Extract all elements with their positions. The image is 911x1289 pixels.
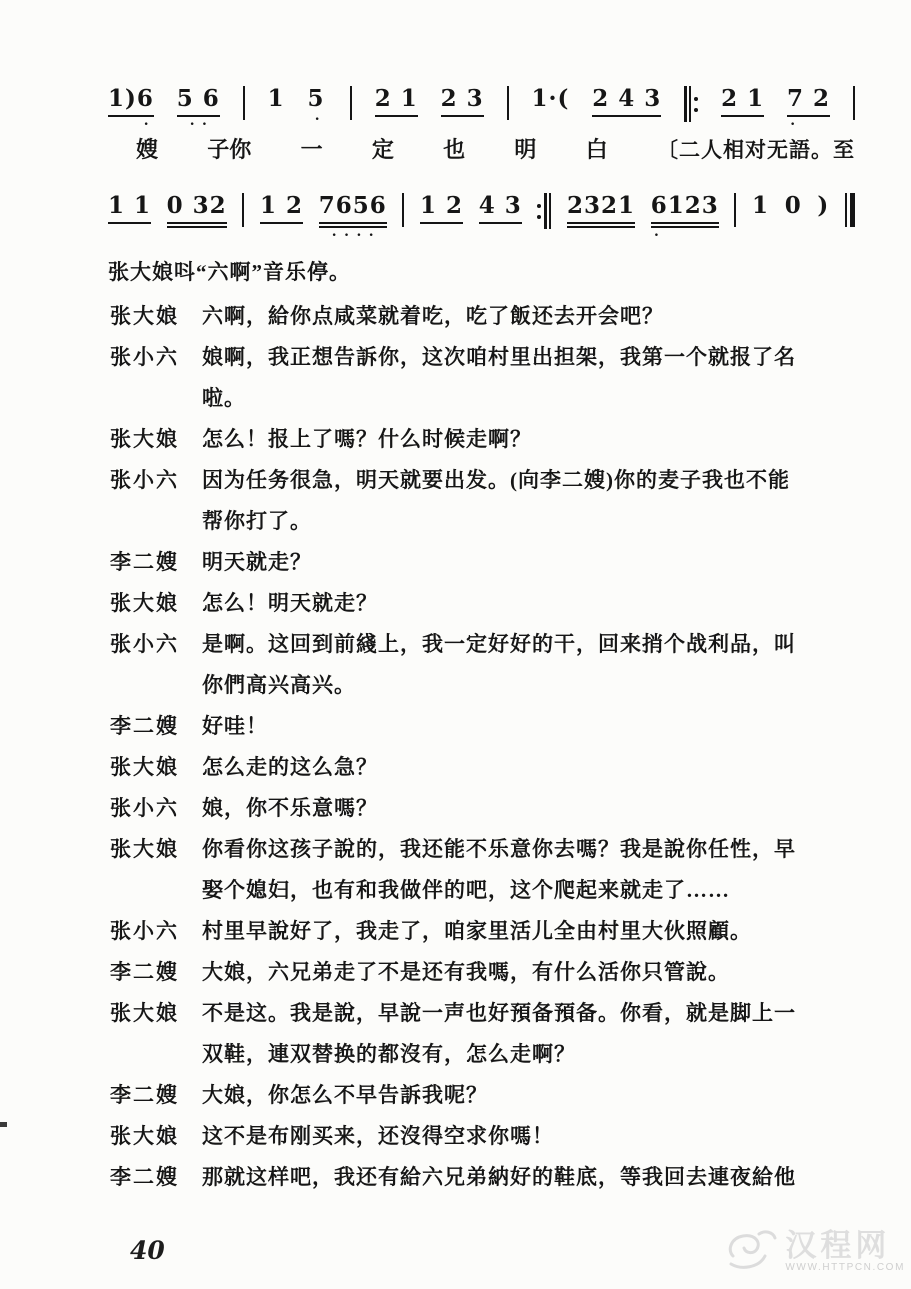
speaker-name: 张大娘 (110, 747, 202, 788)
note-numbers: 4 3 (479, 193, 522, 219)
speaker-name: 张小六 (110, 788, 202, 829)
watermark: 汉程网 WWW.HTTPCN.COM (725, 1226, 905, 1277)
dialogue-text: 因为任务很急，明天就要出发。(向李二嫂)你的麦子我也不能帮你打了。 (202, 460, 859, 542)
lyric-syllable: 一 (301, 137, 323, 163)
barline-single (734, 193, 736, 227)
note-numbers: ) (817, 193, 829, 219)
beam-line (260, 222, 303, 224)
music-line-1: 1)6·5 6··15·2 12 31·(2 4 32 17 2· (108, 86, 855, 130)
dialogue-row: 张大娘怎么！报上了嗎？什么时候走啊？ (110, 419, 859, 460)
octave-dots: ·· (177, 120, 220, 130)
dialogue-line: 村里早說好了，我走了，咱家里活儿全由村里大伙照顧。 (202, 911, 859, 952)
dialogue-line: 大娘，六兄弟走了不是还有我嗎，有什么活你只管說。 (202, 952, 859, 993)
note-numbers: 1 2 (420, 193, 463, 219)
dialogue-row: 张大娘不是这。我是說，早說一声也好預备預备。你看，就是脚上一双鞋，連双替换的都沒… (110, 993, 859, 1075)
note-numbers: 0 32 (167, 193, 227, 219)
scanned-score-page: 1)6·5 6··15·2 12 31·(2 4 32 17 2· 嫂子你一定也… (0, 0, 911, 1289)
dialogue-row: 李二嫂那就这样吧，我还有給六兄弟納好的鞋底，等我回去連夜給他 (110, 1157, 859, 1198)
dialogue-row: 李二嫂大娘，你怎么不早告訴我呢？ (110, 1075, 859, 1116)
dialogue-line: 你們高兴高兴。 (202, 665, 859, 706)
speaker-name: 张大娘 (110, 419, 202, 460)
note-numbers: 2 4 3 (592, 86, 661, 112)
music-token: 2321 (567, 193, 635, 228)
beam-line (108, 222, 151, 224)
octave-dots: · (787, 120, 830, 130)
dialogue-section: 张大娘六啊，給你点咸菜就着吃，吃了飯还去开会吧？张小六娘啊，我正想告訴你，这次咱… (110, 296, 859, 1198)
note-numbers: 1 (268, 86, 285, 112)
beam-line (567, 226, 635, 228)
dialogue-line: 娶个媳妇，也有和我做伴的吧，这个爬起来就走了…… (202, 870, 859, 911)
beam-line (592, 115, 661, 117)
octave-dots: · (108, 120, 154, 130)
speaker-name: 张大娘 (110, 829, 202, 870)
dialogue-line: 因为任务很急，明天就要出发。(向李二嫂)你的麦子我也不能 (202, 460, 859, 501)
beam-line (167, 222, 227, 224)
lyric-syllable: 嫂 (136, 137, 158, 163)
note-numbers: 2 1 (375, 86, 418, 112)
dialogue-text: 娘，你不乐意嗎？ (202, 788, 859, 829)
dialogue-text: 这不是布刚买来，还沒得空求你嗎！ (202, 1116, 859, 1157)
dialogue-text: 大娘，你怎么不早告訴我呢？ (202, 1075, 859, 1116)
dialogue-row: 李二嫂好哇！ (110, 706, 859, 747)
note-numbers: 5 6 (177, 86, 220, 112)
dialogue-line: 六啊，給你点咸菜就着吃，吃了飯还去开会吧？ (202, 296, 859, 337)
speaker-name: 张小六 (110, 624, 202, 665)
note-numbers: 1 (752, 193, 769, 219)
dialogue-text: 明天就走？ (202, 542, 859, 583)
beam-line (375, 115, 418, 117)
dialogue-line: 好哇！ (202, 706, 859, 747)
dialogue-text: 怎么！报上了嗎？什么时候走啊？ (202, 419, 859, 460)
beam-line (319, 222, 387, 224)
dialogue-line: 这不是布刚买来，还沒得空求你嗎！ (202, 1116, 859, 1157)
page-number: 40 (130, 1236, 165, 1265)
speaker-name: 张小六 (110, 337, 202, 378)
speaker-name: 张大娘 (110, 993, 202, 1034)
dialogue-row: 张小六是啊。这回到前綫上，我一定好好的干，回来捎个战利品，叫你們高兴高兴。 (110, 624, 859, 706)
dialogue-line: 是啊。这回到前綫上，我一定好好的干，回来捎个战利品，叫 (202, 624, 859, 665)
dialogue-text: 是啊。这回到前綫上，我一定好好的干，回来捎个战利品，叫你們高兴高兴。 (202, 624, 859, 706)
repeat-dots (537, 204, 541, 219)
dialogue-line: 怎么！报上了嗎？什么时候走啊？ (202, 419, 859, 460)
dialogue-text: 娘啊，我正想告訴你，这次咱村里出担架，我第一个就报了名啦。 (202, 337, 859, 419)
speaker-name: 李二嫂 (110, 706, 202, 747)
dialogue-text: 怎么走的这么急？ (202, 747, 859, 788)
speaker-name: 李二嫂 (110, 1075, 202, 1116)
music-token: 2 1 (721, 86, 764, 117)
note-numbers: 6123 (651, 193, 719, 219)
speaker-name: 张大娘 (110, 296, 202, 337)
music-token: 1 2 (420, 193, 463, 224)
dialogue-line: 不是这。我是說，早說一声也好預备預备。你看，就是脚上一 (202, 993, 859, 1034)
barline-single (402, 193, 404, 227)
note-numbers: 5 (308, 86, 327, 112)
speaker-name: 李二嫂 (110, 1157, 202, 1198)
dialogue-text: 那就这样吧，我还有給六兄弟納好的鞋底，等我回去連夜給他 (202, 1157, 859, 1198)
note-numbers: 2321 (567, 193, 635, 219)
music-token: 5· (308, 86, 327, 125)
dialogue-text: 村里早說好了，我走了，咱家里活儿全由村里大伙照顧。 (202, 911, 859, 952)
note-numbers: 1 2 (260, 193, 303, 219)
dialogue-line: 啦。 (202, 378, 859, 419)
music-token: 6123· (651, 193, 719, 241)
barline-single (350, 86, 352, 120)
dialogue-line: 怎么走的这么急？ (202, 747, 859, 788)
music-token: 2 1 (375, 86, 418, 117)
repeat-barlines (544, 193, 551, 229)
dialogue-row: 张小六娘啊，我正想告訴你，这次咱村里出担架，我第一个就报了名啦。 (110, 337, 859, 419)
dialogue-text: 怎么！明天就走？ (202, 583, 859, 624)
lyric-syllable: 白 (586, 137, 608, 163)
note-numbers: 1)6 (108, 86, 154, 112)
lyric-syllable: 子你 (207, 137, 251, 163)
watermark-site-name: 汉程网 (785, 1230, 890, 1262)
dialogue-text: 大娘，六兄弟走了不是还有我嗎，有什么活你只管說。 (202, 952, 859, 993)
beam-line (167, 226, 227, 228)
music-token: 1 (268, 86, 285, 112)
speaker-name: 李二嫂 (110, 952, 202, 993)
beam-line (567, 222, 635, 224)
octave-dots: · (308, 115, 327, 125)
speaker-name: 张小六 (110, 460, 202, 501)
note-numbers: 1·( (531, 86, 569, 112)
dialogue-row: 李二嫂明天就走？ (110, 542, 859, 583)
lyric-syllable: 明 (514, 137, 536, 163)
music-token: 1 2 (260, 193, 303, 224)
dialogue-row: 李二嫂大娘，六兄弟走了不是还有我嗎，有什么活你只管說。 (110, 952, 859, 993)
beam-line (651, 222, 719, 224)
barline-repeat-begin (684, 86, 698, 122)
barline-single (243, 86, 245, 120)
music-line-2: 1 10 321 27656····1 24 323216123·10) (108, 193, 855, 241)
beam-line (651, 226, 719, 228)
dialogue-line: 双鞋，連双替换的都沒有，怎么走啊？ (202, 1034, 859, 1075)
music-token: 7656···· (319, 193, 387, 241)
music-token: 5 6·· (177, 86, 220, 130)
music-notation-block: 1)6·5 6··15·2 12 31·(2 4 32 17 2· 嫂子你一定也… (108, 86, 855, 286)
octave-dots: ···· (319, 231, 387, 241)
note-numbers: 2 1 (721, 86, 764, 112)
dialogue-row: 张大娘六啊，給你点咸菜就着吃，吃了飯还去开会吧？ (110, 296, 859, 337)
note-numbers: 7 2 (787, 86, 830, 112)
beam-line (479, 222, 522, 224)
stage-caption: 张大娘呌“六啊”音乐停。 (108, 256, 855, 286)
barline-single (242, 193, 244, 227)
stage-direction: 〔二人相对无語。至 (657, 137, 855, 163)
barline-single (507, 86, 509, 120)
dialogue-text: 六啊，給你点咸菜就着吃，吃了飯还去开会吧？ (202, 296, 859, 337)
note-numbers: 7656 (319, 193, 387, 219)
dialogue-row: 张大娘这不是布刚买来，还沒得空求你嗎！ (110, 1116, 859, 1157)
beam-line (441, 115, 484, 117)
music-token: 0 (785, 193, 802, 219)
watermark-site-url: WWW.HTTPCN.COM (785, 1262, 905, 1273)
dialogue-row: 张小六娘，你不乐意嗎？ (110, 788, 859, 829)
music-token: 7 2· (787, 86, 830, 130)
lyric-syllable: 也 (443, 137, 465, 163)
dialogue-line: 那就这样吧，我还有給六兄弟納好的鞋底，等我回去連夜給他 (202, 1157, 859, 1198)
dialogue-line: 大娘，你怎么不早告訴我呢？ (202, 1075, 859, 1116)
music-token: 2 4 3 (592, 86, 661, 117)
music-token: 2 3 (441, 86, 484, 117)
beam-line (420, 222, 463, 224)
repeat-dots (694, 97, 698, 112)
dialogue-text: 好哇！ (202, 706, 859, 747)
music-token: 1 (752, 193, 769, 219)
note-numbers: 2 3 (441, 86, 484, 112)
dialogue-row: 张大娘怎么！明天就走？ (110, 583, 859, 624)
dialogue-line: 明天就走？ (202, 542, 859, 583)
dialogue-line: 怎么！明天就走？ (202, 583, 859, 624)
dialogue-row: 张小六因为任务很急，明天就要出发。(向李二嫂)你的麦子我也不能帮你打了。 (110, 460, 859, 542)
music-token: 4 3 (479, 193, 522, 224)
music-token: ) (817, 193, 829, 219)
speaker-name: 张大娘 (110, 583, 202, 624)
music-token: 1 1 (108, 193, 151, 224)
speaker-name: 张大娘 (110, 1116, 202, 1157)
watermark-swirl-icon (725, 1226, 781, 1277)
octave-dots: · (651, 231, 719, 241)
barline-single (853, 86, 855, 120)
lyrics-line: 嫂子你一定也明白〔二人相对无語。至 (136, 137, 855, 163)
speaker-name: 李二嫂 (110, 542, 202, 583)
watermark-text: 汉程网 WWW.HTTPCN.COM (785, 1230, 905, 1273)
dialogue-text: 你看你这孩子說的，我还能不乐意你去嗎？我是說你任性，早娶个媳妇，也有和我做伴的吧… (202, 829, 859, 911)
dialogue-row: 张大娘怎么走的这么急？ (110, 747, 859, 788)
dialogue-row: 张大娘你看你这孩子說的，我还能不乐意你去嗎？我是說你任性，早娶个媳妇，也有和我做… (110, 829, 859, 911)
dialogue-line: 帮你打了。 (202, 501, 859, 542)
dialogue-line: 娘啊，我正想告訴你，这次咱村里出担架，我第一个就报了名 (202, 337, 859, 378)
music-token: 0 32 (167, 193, 227, 228)
beam-line (721, 115, 764, 117)
music-token: 1·( (531, 86, 569, 112)
dialogue-text: 不是这。我是說，早說一声也好預备預备。你看，就是脚上一双鞋，連双替换的都沒有，怎… (202, 993, 859, 1075)
barline-final (845, 193, 855, 227)
barline-repeat-end (537, 193, 551, 229)
music-token: 1)6· (108, 86, 154, 130)
repeat-barlines (684, 86, 691, 122)
dialogue-row: 张小六村里早說好了，我走了，咱家里活儿全由村里大伙照顧。 (110, 911, 859, 952)
speaker-name: 张小六 (110, 911, 202, 952)
note-numbers: 1 1 (108, 193, 151, 219)
scan-edge-artifact (0, 1122, 7, 1127)
dialogue-line: 娘，你不乐意嗎？ (202, 788, 859, 829)
lyric-syllable: 定 (372, 137, 394, 163)
dialogue-line: 你看你这孩子說的，我还能不乐意你去嗎？我是說你任性，早 (202, 829, 859, 870)
note-numbers: 0 (785, 193, 802, 219)
